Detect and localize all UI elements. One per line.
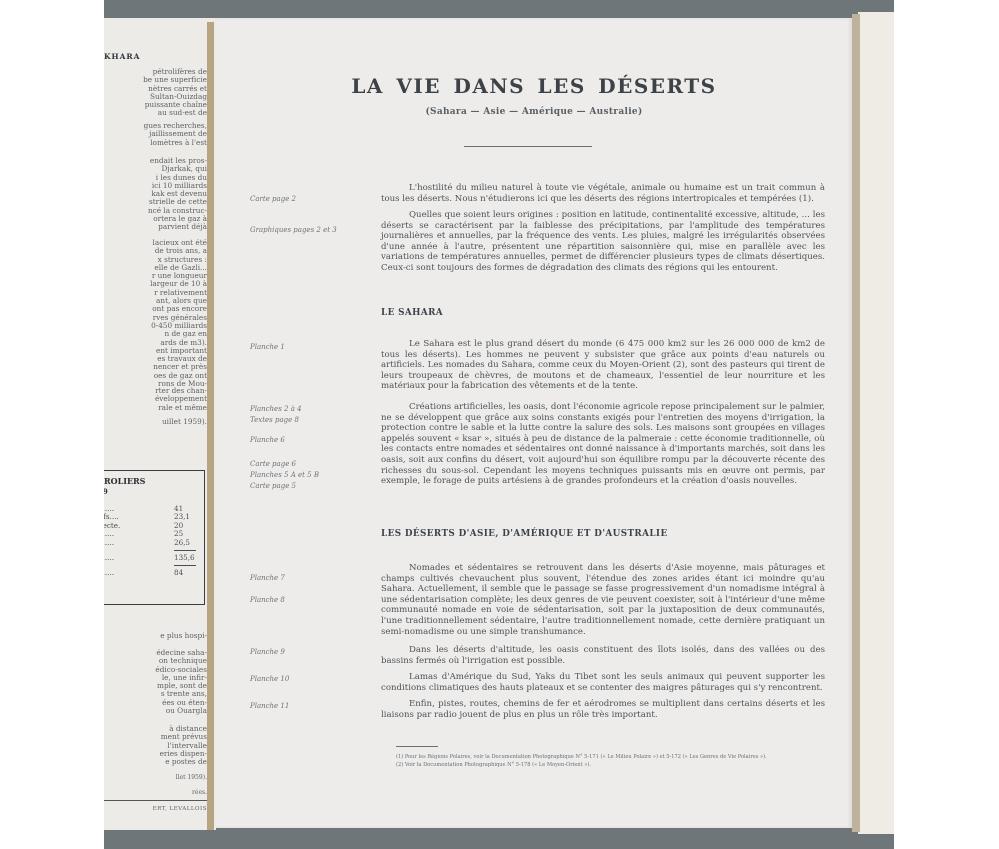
margin-note: Planche 9	[250, 648, 285, 656]
left-footer-rule	[104, 800, 207, 801]
page-subtitle: (Sahara — Asie — Amérique — Australie)	[216, 107, 852, 117]
box-total-row: ....... 84	[104, 569, 194, 577]
box-total-rule	[174, 565, 196, 566]
margin-note: Carte page 2	[250, 195, 296, 203]
other-deserts-paragraph-3: Lamas d'Amérique du Sud, Yaks du Tibet s…	[381, 672, 825, 693]
printer-credit: ERT, LEVALLOIS	[104, 805, 207, 813]
left-column-text-5: rter des chan- éveloppement rale et même	[104, 387, 207, 412]
main-page: LA VIE DANS LES DÉSERTS (Sahara — Asie —…	[216, 18, 852, 828]
margin-note: Planche 8	[250, 596, 285, 604]
sahara-paragraph-2: Créations artificielles, les oasis, dont…	[381, 402, 825, 487]
section-heading-sahara: LE SAHARA	[381, 308, 443, 318]
sahara-paragraph-1: Le Sahara est le plus grand désert du mo…	[381, 339, 825, 392]
box-table-row: .......26,5	[104, 539, 194, 547]
page-title: LA VIE DANS LES DÉSERTS	[216, 74, 852, 98]
title-rule	[464, 146, 592, 147]
other-deserts-paragraph-2: Dans les déserts d'altitude, les oasis c…	[381, 645, 825, 666]
footnote-2: (2) Voir la Documentation Photographique…	[396, 762, 591, 768]
left-footer-lines: llet 1959). rées.	[104, 770, 207, 800]
box-subtotal-row: ....... 135,6	[104, 554, 194, 562]
other-deserts-paragraph-4: Enfin, pistes, routes, chemins de fer et…	[381, 699, 825, 720]
left-page-gutter	[207, 22, 214, 830]
section-heading-other-deserts: LES DÉSERTS D'ASIE, D'AMÉRIQUE ET D'AUST…	[381, 529, 668, 539]
intro-paragraph-2: Quelles que soient leurs origines : posi…	[381, 210, 825, 274]
left-column-text-1: pétrolifères de be une superficie nètres…	[104, 68, 207, 118]
left-date-line: uillet 1959).	[104, 418, 207, 426]
box-subtotal-rule	[174, 550, 196, 551]
box-table: .......41tifs....23,1llecte.20.......25.…	[104, 505, 194, 578]
footnote-rule	[396, 746, 438, 747]
box-year: 59	[104, 487, 108, 496]
left-column-text-2: gues recherches, jaillissement de lomètr…	[104, 122, 207, 147]
box-title: TROLIERS	[104, 476, 145, 486]
left-page-heading: KHARA	[104, 52, 140, 61]
margin-note: Planche 10	[250, 675, 289, 683]
intro-paragraph-1: L'hostilité du milieu naturel à toute vi…	[381, 183, 825, 204]
left-stats-box: TROLIERS 59 ) .......41tifs....23,1llect…	[104, 470, 205, 605]
left-column-text-6: e plus hospi-	[104, 632, 207, 640]
left-column-text-4: laciеux ont été de trois ans, a x struct…	[104, 239, 207, 388]
right-page-edge	[858, 12, 894, 834]
left-page: KHARA pétrolifères de be une superficie …	[104, 18, 216, 830]
margin-note: Carte page 5	[250, 482, 296, 490]
left-column-text-7: édecine saha- on technique édico-sociale…	[104, 649, 207, 715]
margin-note: Planches 2 à 4	[250, 405, 302, 413]
margin-note: Planche 6	[250, 436, 285, 444]
margin-note: Carte page 6	[250, 460, 296, 468]
margin-note: Textes page 8	[250, 416, 299, 424]
margin-note: Planche 7	[250, 574, 285, 582]
other-deserts-paragraph-1: Nomades et sédentaires se retrouvent dan…	[381, 563, 825, 637]
left-column-text-8: à distance ment prévus l'intervalle erie…	[104, 725, 207, 766]
margin-note: Planches 5 A et 5 B	[250, 471, 319, 479]
margin-note: Planche 11	[250, 702, 289, 710]
left-column-text-3: endait les pros- Djarkak, qui i les dune…	[104, 157, 207, 232]
margin-note: Planche 1	[250, 343, 285, 351]
margin-note: Graphiques pages 2 et 3	[250, 226, 337, 234]
right-page-gutter	[852, 14, 860, 832]
footnote-1: (1) Pour les Régions Polaires, voir la D…	[396, 754, 767, 760]
